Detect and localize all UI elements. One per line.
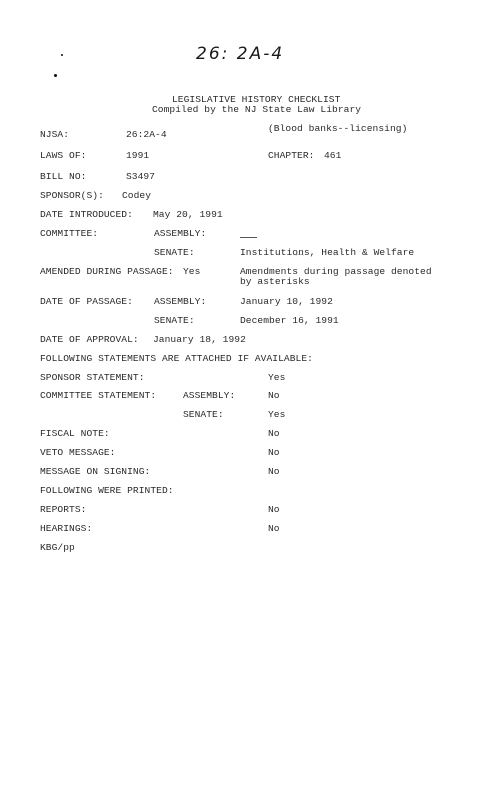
fiscal-note-value: No bbox=[268, 428, 280, 439]
subject: (Blood banks--licensing) bbox=[268, 123, 407, 134]
date-introduced-label: DATE INTRODUCED: bbox=[40, 209, 133, 220]
document-subtitle: Compiled by the NJ State Law Library bbox=[152, 104, 361, 115]
chapter-label: CHAPTER: bbox=[268, 150, 314, 161]
committee-assembly-label: ASSEMBLY: bbox=[154, 228, 206, 239]
njsa-value: 26:2A-4 bbox=[126, 129, 167, 140]
committee-senate-label: SENATE: bbox=[154, 247, 195, 258]
sponsor-statement-value: Yes bbox=[268, 372, 285, 383]
sponsor-statement-label: SPONSOR STATEMENT: bbox=[40, 372, 145, 383]
committee-statement-senate-label: SENATE: bbox=[183, 409, 224, 420]
chapter-value: 461 bbox=[324, 150, 341, 161]
initials: KBG/pp bbox=[40, 542, 75, 553]
committee-statement-assembly-value: No bbox=[268, 390, 280, 401]
message-on-signing-value: No bbox=[268, 466, 280, 477]
passage-assembly-label: ASSEMBLY: bbox=[154, 296, 206, 307]
date-introduced-value: May 20, 1991 bbox=[153, 209, 223, 220]
veto-message-value: No bbox=[268, 447, 280, 458]
date-of-approval-label: DATE OF APPROVAL: bbox=[40, 334, 139, 345]
committee-statement-label: COMMITTEE STATEMENT: bbox=[40, 390, 156, 401]
njsa-label: NJSA: bbox=[40, 129, 69, 140]
passage-senate-value: December 16, 1991 bbox=[240, 315, 339, 326]
veto-message-label: VETO MESSAGE: bbox=[40, 447, 116, 458]
printed-heading: FOLLOWING WERE PRINTED: bbox=[40, 485, 174, 496]
fiscal-note-label: FISCAL NOTE: bbox=[40, 428, 110, 439]
passage-senate-label: SENATE: bbox=[154, 315, 195, 326]
reports-label: REPORTS: bbox=[40, 504, 86, 515]
stray-mark: ⌒ bbox=[296, 253, 304, 264]
committee-statement-senate-value: Yes bbox=[268, 409, 285, 420]
committee-statement-assembly-label: ASSEMBLY: bbox=[183, 390, 235, 401]
committee-assembly-blank bbox=[240, 237, 257, 238]
amended-label: AMENDED DURING PASSAGE: bbox=[40, 266, 174, 277]
amended-value: Yes bbox=[183, 266, 200, 277]
amended-note-line2: by asterisks bbox=[240, 276, 310, 287]
date-of-passage-label: DATE OF PASSAGE: bbox=[40, 296, 133, 307]
reports-value: No bbox=[268, 504, 280, 515]
committee-label: COMMITTEE: bbox=[40, 228, 98, 239]
statements-heading: FOLLOWING STATEMENTS ARE ATTACHED IF AVA… bbox=[40, 353, 313, 364]
bill-no-value: S3497 bbox=[126, 171, 155, 182]
hearings-value: No bbox=[268, 523, 280, 534]
message-on-signing-label: MESSAGE ON SIGNING: bbox=[40, 466, 150, 477]
sponsors-label: SPONSOR(S): bbox=[40, 190, 104, 201]
laws-of-value: 1991 bbox=[126, 150, 149, 161]
sponsors-value: Codey bbox=[122, 190, 151, 201]
stray-dot bbox=[61, 54, 63, 56]
hearings-label: HEARINGS: bbox=[40, 523, 92, 534]
handwritten-reference: 26: 2A-4 bbox=[196, 44, 284, 64]
passage-assembly-value: January 10, 1992 bbox=[240, 296, 333, 307]
stray-dot bbox=[54, 74, 57, 77]
date-of-approval-value: January 18, 1992 bbox=[153, 334, 246, 345]
laws-of-label: LAWS OF: bbox=[40, 150, 86, 161]
committee-senate-value: Institutions, Health & Welfare bbox=[240, 247, 414, 258]
bill-no-label: BILL NO: bbox=[40, 171, 86, 182]
